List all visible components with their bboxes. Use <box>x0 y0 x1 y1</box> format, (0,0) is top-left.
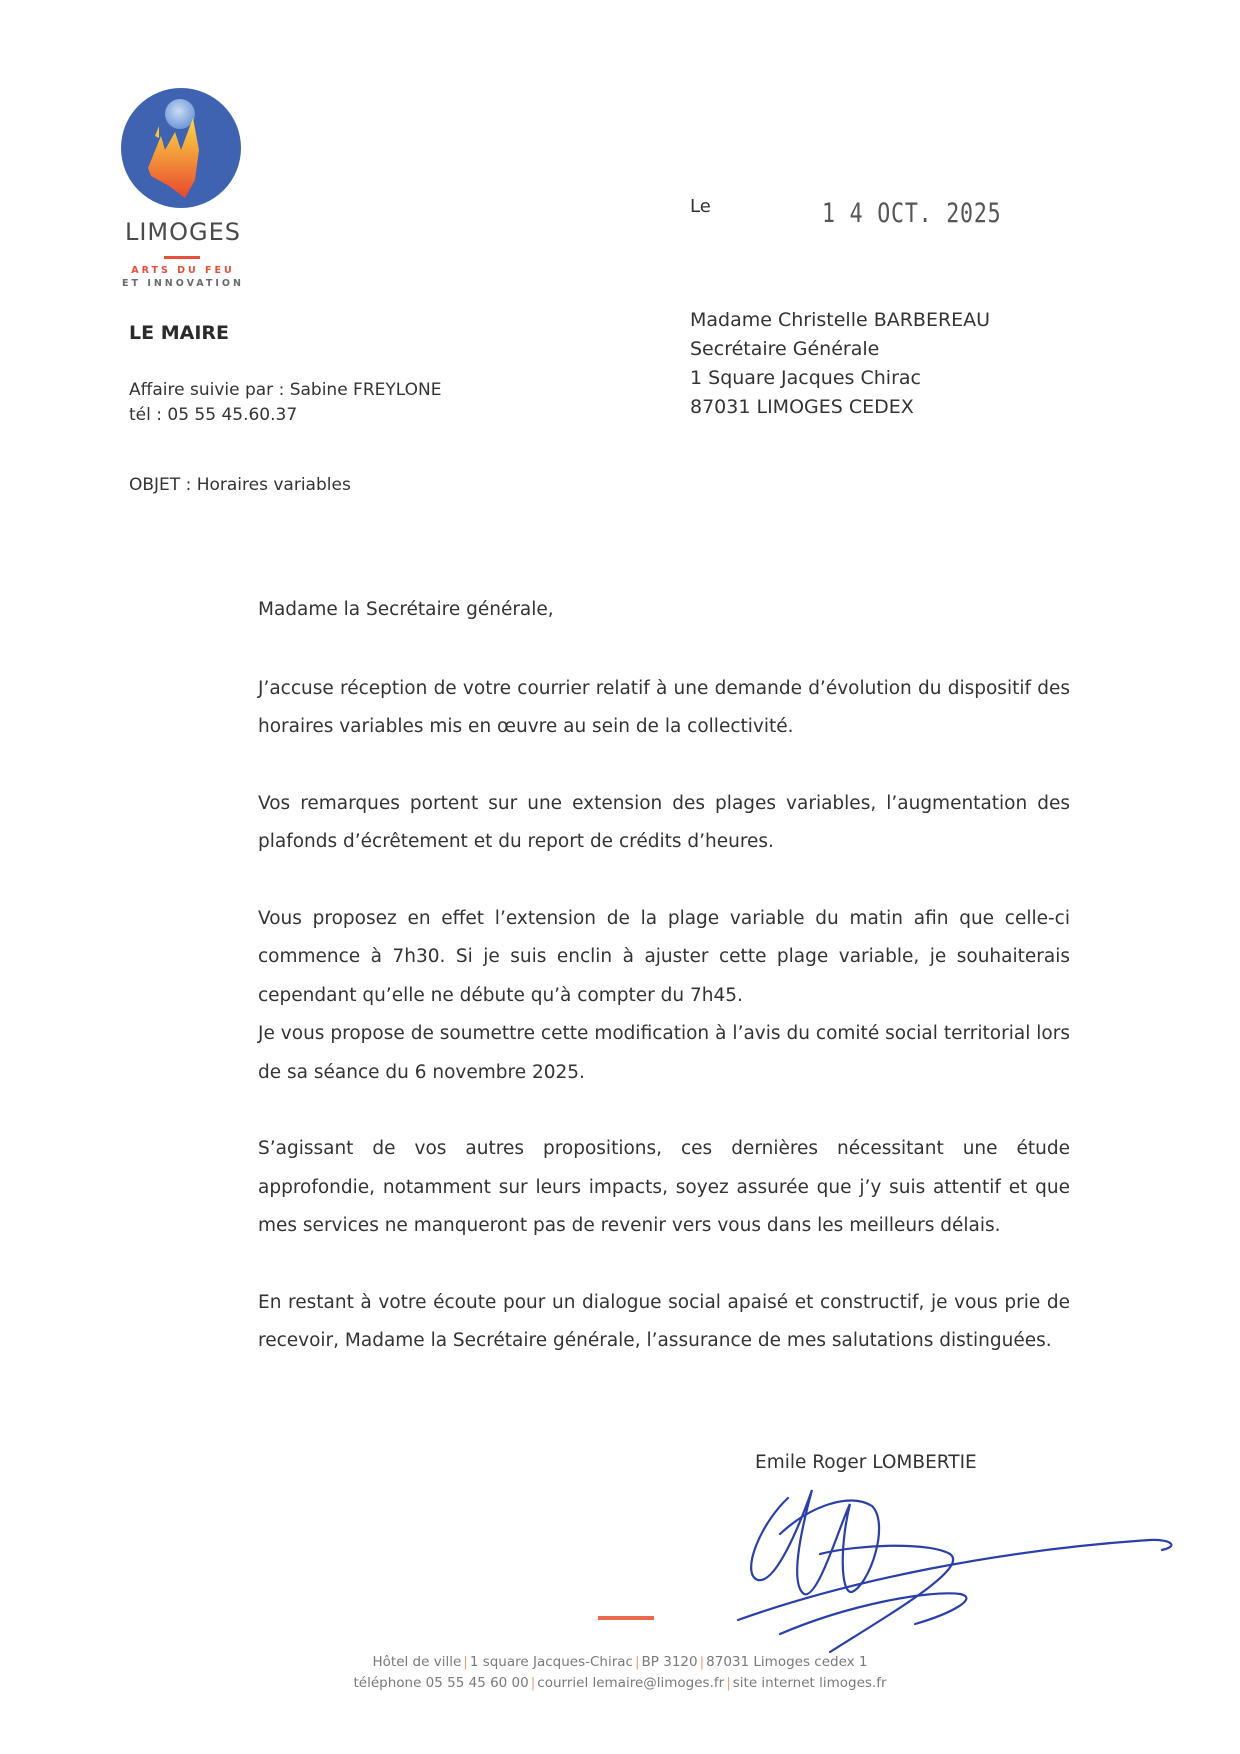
sender-contact: Affaire suivie par : Sabine FREYLONE tél… <box>129 378 441 428</box>
logo-tagline-2: ET INNOVATION <box>110 278 256 289</box>
paragraph: Vous proposez en effet l’extension de la… <box>258 900 1070 1016</box>
footer-phone: téléphone 05 55 45 60 00 <box>353 1675 528 1691</box>
footer-address: Hôtel de ville|1 square Jacques-Chirac|B… <box>200 1652 1040 1673</box>
footer-building: Hôtel de ville <box>372 1654 461 1670</box>
footer-contacts: téléphone 05 55 45 60 00|courriel lemair… <box>200 1673 1040 1694</box>
signatory-name: Emile Roger LOMBERTIE <box>755 1452 977 1473</box>
date-prefix: Le <box>690 196 711 217</box>
followed-by: Affaire suivie par : Sabine FREYLONE <box>129 378 441 403</box>
letter-subject: OBJET : Horaires variables <box>129 475 351 495</box>
recipient-name: Madame Christelle BARBEREAU <box>690 306 990 335</box>
city-name: LIMOGES <box>110 218 256 246</box>
letter-body: Madame la Secrétaire générale, J’accuse … <box>258 591 1070 1361</box>
footer-website[interactable]: site internet limoges.fr <box>733 1675 887 1691</box>
footer-street: 1 square Jacques-Chirac <box>470 1654 633 1670</box>
footer: Hôtel de ville|1 square Jacques-Chirac|B… <box>200 1652 1040 1694</box>
handwritten-signature-icon <box>700 1484 1220 1654</box>
paragraph: S’agissant de vos autres propositions, c… <box>258 1130 1070 1246</box>
footer-email[interactable]: courriel lemaire@limoges.fr <box>537 1675 724 1691</box>
paragraph: Je vous propose de soumettre cette modif… <box>258 1015 1070 1092</box>
logo-tagline-1: ARTS DU FEU <box>110 265 256 276</box>
logo-divider <box>164 256 200 259</box>
recipient-city: 87031 LIMOGES CEDEX <box>690 393 990 422</box>
paragraph: En restant à votre écoute pour un dialog… <box>258 1284 1070 1361</box>
recipient-role: Secrétaire Générale <box>690 335 990 364</box>
date-stamp: 1 4 OCT. 2025 <box>822 198 1001 229</box>
footer-city: 87031 Limoges cedex 1 <box>706 1654 867 1670</box>
footer-divider <box>598 1616 654 1620</box>
recipient-street: 1 Square Jacques Chirac <box>690 364 990 393</box>
sender-phone: tél : 05 55 45.60.37 <box>129 403 441 428</box>
recipient-address: Madame Christelle BARBEREAU Secrétaire G… <box>690 306 990 422</box>
city-logo-icon <box>121 88 241 208</box>
footer-po-box: BP 3120 <box>642 1654 698 1670</box>
paragraph: Vos remarques portent sur une extension … <box>258 785 1070 862</box>
paragraph: J’accuse réception de votre courrier rel… <box>258 670 1070 747</box>
salutation: Madame la Secrétaire générale, <box>258 591 1070 630</box>
sender-title: LE MAIRE <box>129 322 229 344</box>
